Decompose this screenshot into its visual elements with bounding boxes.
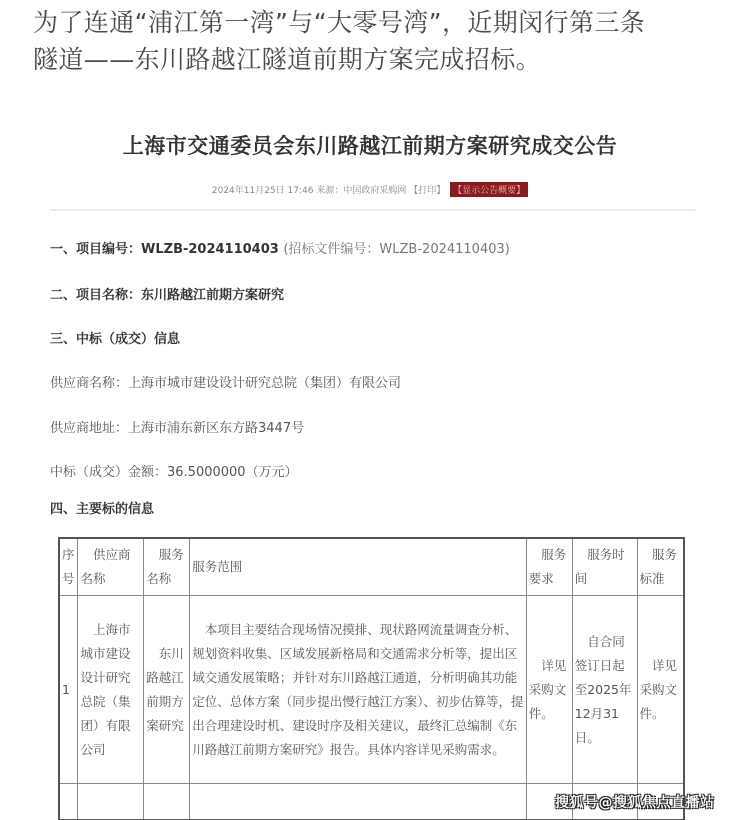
- cell-scope: 本项目主要结合现场情况摸排、现状路网流量调查分析、规划资料收集、区域发展新格局和…: [190, 596, 527, 784]
- notice-meta: 2024年11月25日 17:46 来源：中国政府采购网 【打印】 【显示公告概…: [0, 182, 740, 197]
- project-name-value: 东川路越江前期方案研究: [141, 288, 284, 303]
- watermark: 搜狐号@搜狐焦点直播站: [555, 792, 715, 812]
- intro-line-2: 隧道——东川路越江隧道前期方案完成招标。: [33, 41, 723, 78]
- cell-standard: 详见采购文件。: [637, 596, 684, 784]
- main-subject-heading: 四、主要标的信息: [50, 498, 154, 517]
- source-name: 中国政府采购网: [343, 186, 406, 196]
- cell-index: 1: [59, 596, 78, 784]
- project-number-label: 一、项目编号：: [50, 242, 141, 257]
- project-name: 二、项目名称：东川路越江前期方案研究: [50, 284, 284, 303]
- cell-service-name: 东川路越江前期方案研究: [144, 596, 190, 784]
- intro-paragraph: 为了连通“浦江第一湾”与“大零号湾”，近期闵行第三条 隧道——东川路越江隧道前期…: [33, 4, 723, 78]
- header-index: 序号: [59, 538, 78, 596]
- header-supplier: 供应商名称: [78, 538, 144, 596]
- source-label: 来源：: [316, 186, 343, 196]
- notice-title: 上海市交通委员会东川路越江前期方案研究成交公告: [0, 130, 740, 160]
- project-number-value: WLZB-2024110403: [141, 242, 279, 257]
- empty-cell: [144, 784, 190, 820]
- header-scope: 服务范围: [190, 538, 527, 596]
- header-service-name: 服务名称: [144, 538, 190, 596]
- header-requirement: 服务要求: [526, 538, 572, 596]
- award-amount: 中标（成交）金额：36.5000000（万元）: [50, 461, 298, 480]
- supplier-name: 供应商名称：上海市城市建设设计研究总院（集团）有限公司: [50, 372, 401, 391]
- empty-cell: [190, 784, 527, 820]
- publish-datetime: 2024年11月25日 17:46: [212, 186, 314, 196]
- empty-cell: [78, 784, 144, 820]
- print-link[interactable]: 【打印】: [409, 186, 445, 196]
- header-standard: 服务标准: [637, 538, 684, 596]
- intro-line-1: 为了连通“浦江第一湾”与“大零号湾”，近期闵行第三条: [33, 4, 723, 41]
- divider: [50, 209, 695, 211]
- cell-supplier: 上海市城市建设设计研究总院（集团）有限公司: [78, 596, 144, 784]
- show-summary-button[interactable]: 【显示公告概要】: [450, 182, 528, 197]
- project-number: 一、项目编号：WLZB-2024110403 (招标文件编号：WLZB-2024…: [50, 238, 510, 257]
- cell-requirement: 详见采购文件。: [526, 596, 572, 784]
- tender-doc-number: (招标文件编号：WLZB-2024110403): [283, 242, 509, 257]
- award-info-heading: 三、中标（成交）信息: [50, 328, 180, 347]
- supplier-address: 供应商地址：上海市浦东新区东方路3447号: [50, 417, 304, 436]
- main-subject-table: 序号 供应商名称 服务名称 服务范围 服务要求 服务时间 服务标准 1 上海市城…: [58, 537, 685, 820]
- table-header-row: 序号 供应商名称 服务名称 服务范围 服务要求 服务时间 服务标准: [59, 538, 684, 596]
- cell-time: 自合同签订日起至2025年12月31日。: [572, 596, 637, 784]
- table-row: 1 上海市城市建设设计研究总院（集团）有限公司 东川路越江前期方案研究 本项目主…: [59, 596, 684, 784]
- project-name-label: 二、项目名称：: [50, 288, 141, 303]
- header-time: 服务时间: [572, 538, 637, 596]
- empty-cell: [59, 784, 78, 820]
